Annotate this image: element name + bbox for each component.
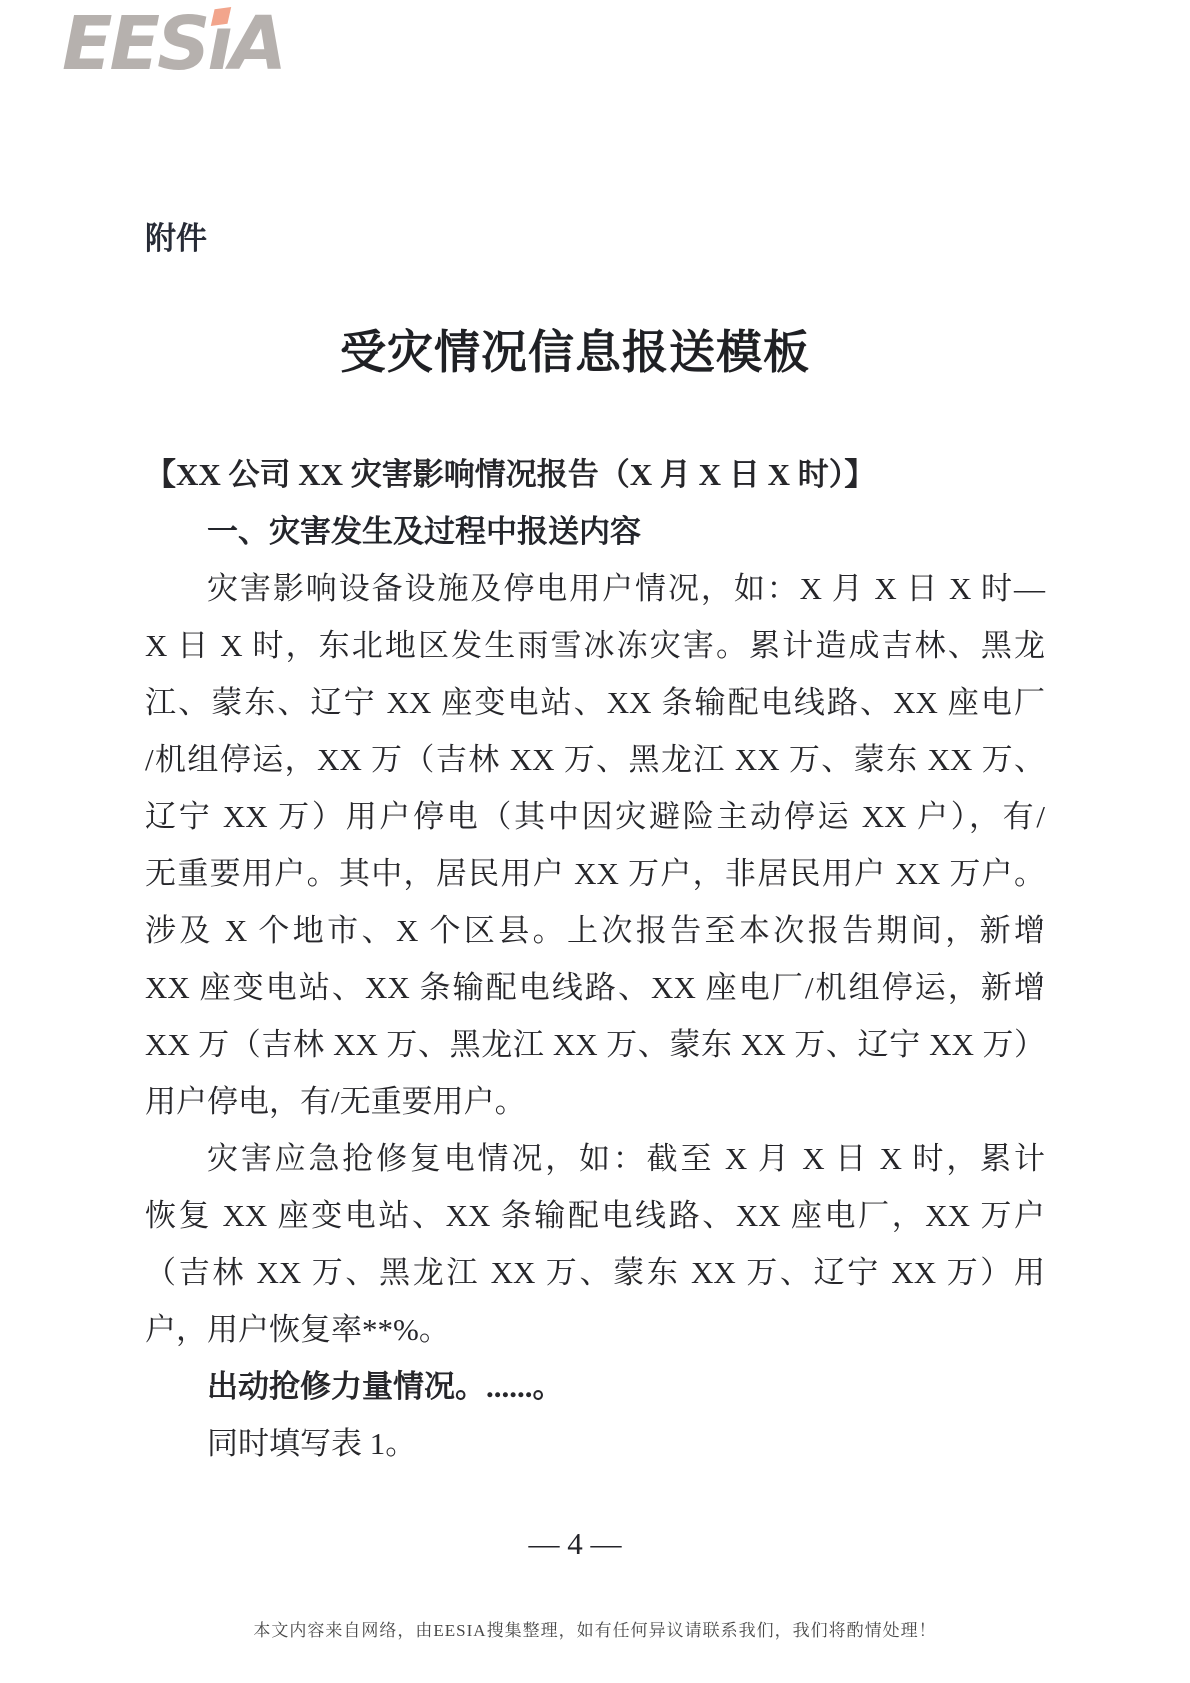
body-line: 出动抢修力量情况。......。: [145, 1358, 1045, 1415]
body-line: 恢复 XX 座变电站、XX 条输配电线路、XX 座电厂，XX 万户: [145, 1187, 1045, 1244]
body-line: 户，用户恢复率**%。: [145, 1301, 1045, 1358]
body-line: 用户停电，有/无重要用户。: [145, 1073, 1045, 1130]
body-line: X 日 X 时，东北地区发生雨雪冰冻灾害。累计造成吉林、黑龙: [145, 617, 1045, 674]
body-line: 辽宁 XX 万）用户停电（其中因灾避险主动停运 XX 户），有/: [145, 788, 1045, 845]
logo-text-suffix: A: [230, 1, 284, 87]
body-line: 江、蒙东、辽宁 XX 座变电站、XX 条输配电线路、XX 座电厂: [145, 674, 1045, 731]
body-line: 涉及 X 个地市、X 个区县。上次报告至本次报告期间，新增: [145, 902, 1045, 959]
section-heading: 一、灾害发生及过程中报送内容: [145, 503, 1045, 560]
body-line: 同时填写表 1。: [145, 1415, 1045, 1472]
document-page: EESıA 附件 受灾情况信息报送模板 【XX 公司 XX 灾害影响情况报告（X…: [0, 0, 1190, 1683]
document-body: 【XX 公司 XX 灾害影响情况报告（X 月 X 日 X 时）】 一、灾害发生及…: [145, 446, 1045, 1472]
body-line: （吉林 XX 万、黑龙江 XX 万、蒙东 XX 万、辽宁 XX 万）用: [145, 1244, 1045, 1301]
report-header-line: 【XX 公司 XX 灾害影响情况报告（X 月 X 日 X 时）】: [145, 446, 1045, 503]
logo-letter-i: ı: [207, 6, 229, 84]
footer-disclaimer: 本文内容来自网络，由EESIA搜集整理，如有任何异议请联系我们，我们将酌情处理！: [0, 1616, 1190, 1641]
attachment-label: 附件: [145, 213, 207, 258]
body-line: 灾害影响设备设施及停电用户情况，如：X 月 X 日 X 时—: [145, 560, 1045, 617]
body-line: /机组停运，XX 万（吉林 XX 万、黑龙江 XX 万、蒙东 XX 万、: [145, 731, 1045, 788]
logo-text-prefix: EES: [62, 1, 207, 87]
eesia-logo: EESıA: [62, 6, 284, 84]
body-line: XX 万（吉林 XX 万、黑龙江 XX 万、蒙东 XX 万、辽宁 XX 万）: [145, 1016, 1045, 1073]
body-line: 灾害应急抢修复电情况，如：截至 X 月 X 日 X 时，累计: [145, 1130, 1045, 1187]
body-line: 无重要用户。其中，居民用户 XX 万户，非居民用户 XX 万户。: [145, 845, 1045, 902]
page-number: — 4 —: [145, 1526, 1005, 1562]
body-line: XX 座变电站、XX 条输配电线路、XX 座电厂/机组停运，新增: [145, 959, 1045, 1016]
document-title: 受灾情况信息报送模板: [145, 316, 1005, 382]
